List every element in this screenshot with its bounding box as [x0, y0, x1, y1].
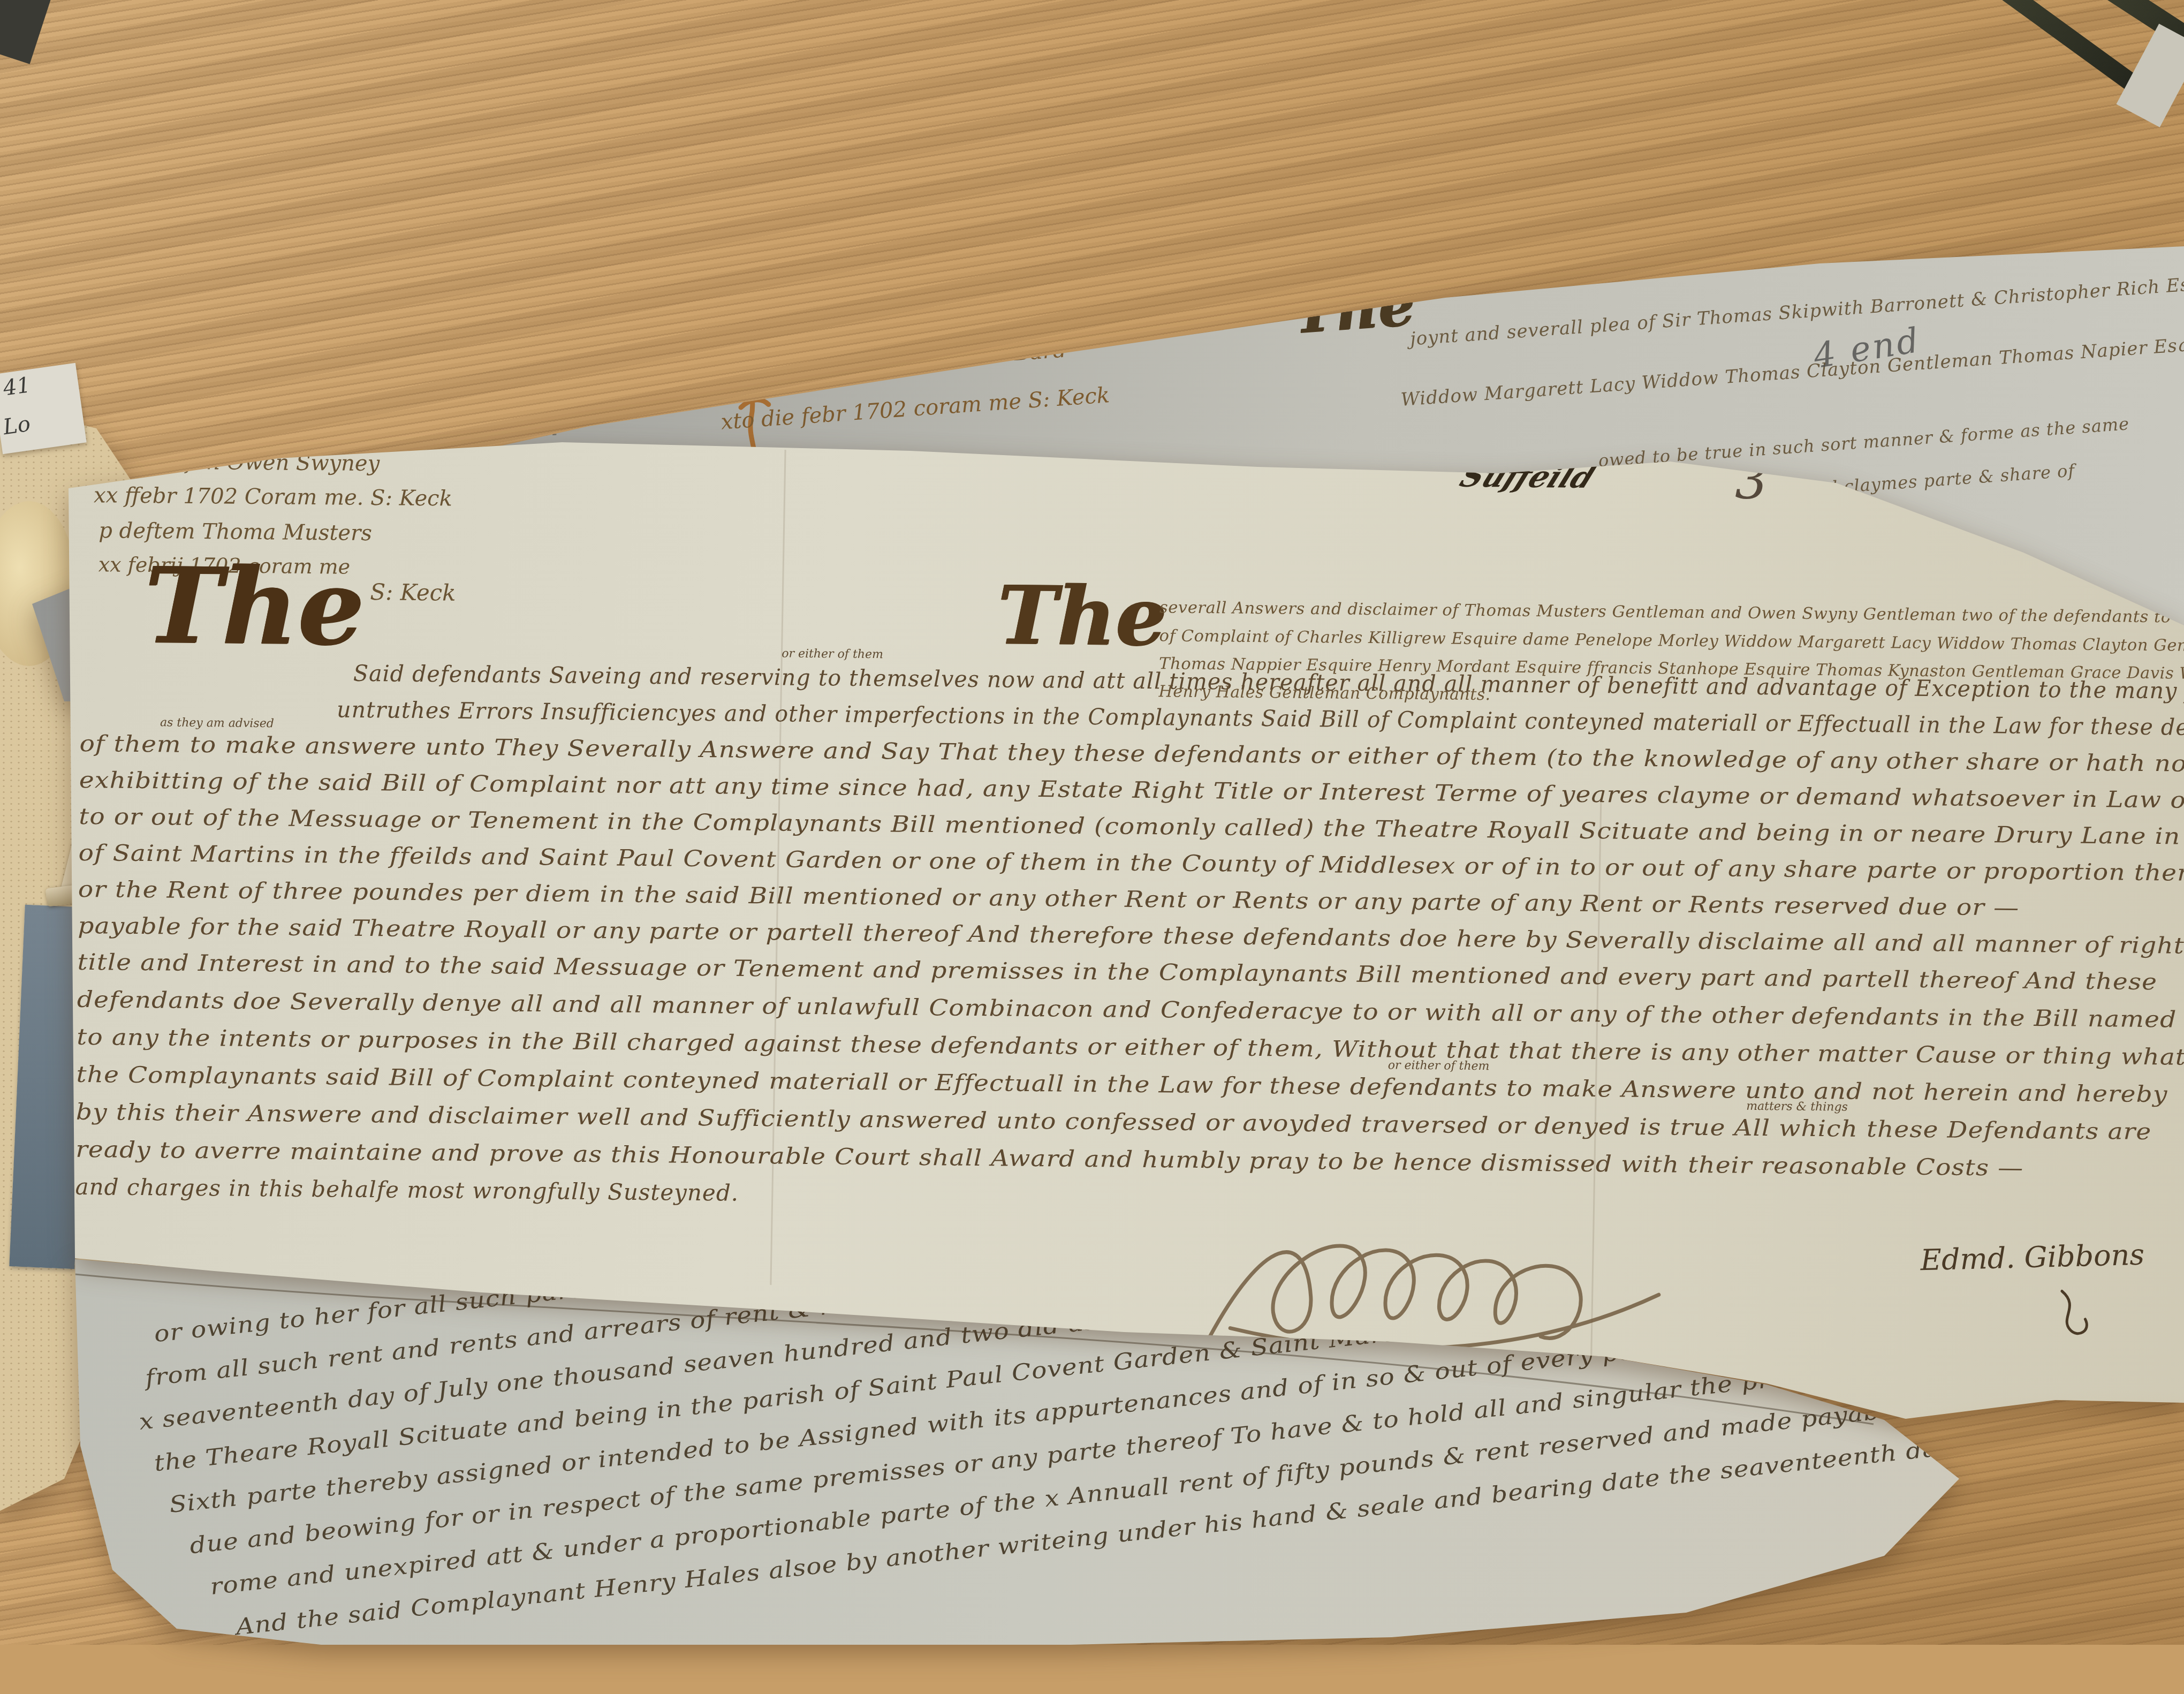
interlineation: or either of them	[782, 647, 883, 661]
body-line: and charges in this behalfe most wrongfu…	[75, 1174, 739, 1206]
signature-flourish	[2052, 1287, 2100, 1346]
edge-scribble: Lo	[2, 412, 32, 440]
plea-heading-line: Widdow Margarett Lacy Widdow Thomas Clay…	[1400, 331, 2184, 411]
engrossed-initial-body: The	[143, 558, 365, 654]
interlineation: as they am advised	[160, 716, 274, 730]
body-line: the Complaynants said Bill of Complaint …	[76, 1061, 2167, 1108]
margin-jurat-line: xx ffebr 1702 Coram me. S: Keck	[94, 483, 452, 511]
body-line: or the Rent of three poundes per diem in…	[78, 876, 2020, 921]
margin-jurat-line: p deftem Thoma Musters	[98, 518, 372, 546]
edge-scribble: 41	[2, 373, 32, 401]
edge-paper-sliver: 41 Lo	[0, 363, 87, 455]
engrossed-initial-heading: The	[997, 579, 1166, 653]
body-line: defendants doe Severally denye all and a…	[77, 986, 2177, 1033]
body-line: title and Interest in and to the said Me…	[77, 949, 2157, 995]
heading-line: of Complaint of Charles Killigrew Esquir…	[1159, 626, 2184, 656]
defendant-signature: Edmd. Gibbons	[1920, 1238, 2145, 1277]
margin-jurat-signature: S: Keck	[370, 579, 456, 606]
body-line: ready to averre maintaine and prove as t…	[75, 1136, 2023, 1181]
heading-line: severall Answers and disclaimer of Thoma…	[1159, 598, 2184, 627]
